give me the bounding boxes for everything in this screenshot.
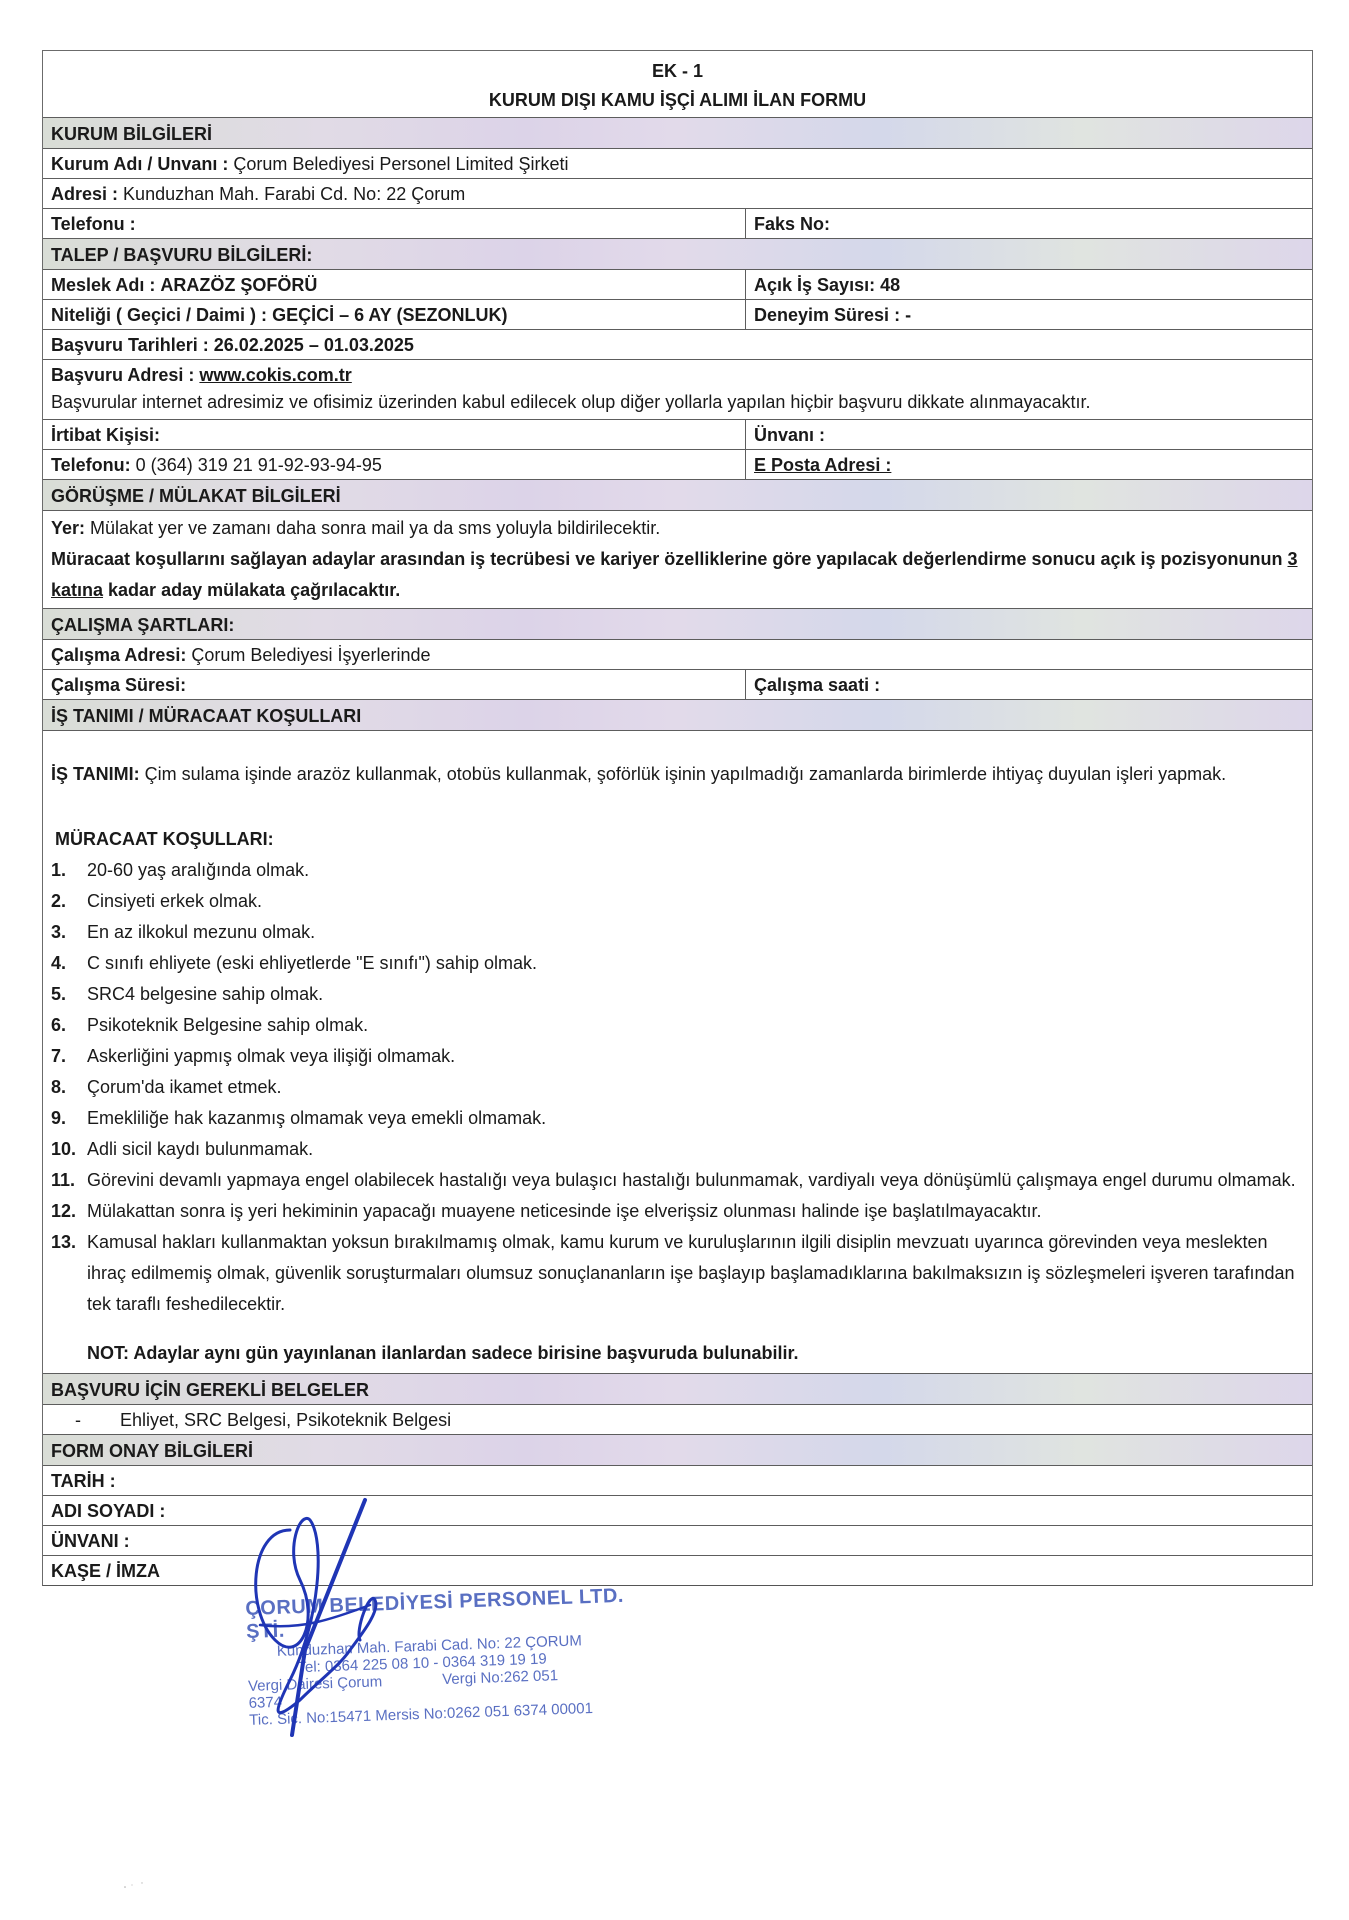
annex-label: EK - 1 [43, 57, 1312, 86]
section-title: BAŞVURU İÇİN GEREKLİ BELGELER [43, 1374, 1312, 1404]
condition-text: SRC4 belgesine sahip olmak. [87, 979, 1304, 1010]
nature-label: Niteliği ( Geçici / Daimi ) : [51, 305, 267, 325]
experience-label: Deneyim Süresi : [754, 305, 900, 325]
approval-name-label: ADI SOYADI : [43, 1496, 1312, 1525]
documents-list: Ehliyet, SRC Belgesi, Psikoteknik Belges… [120, 1410, 451, 1430]
condition-text: Kamusal hakları kullanmaktan yoksun bıra… [87, 1227, 1304, 1320]
form-title: KURUM DIŞI KAMU İŞÇİ ALIMI İLAN FORMU [43, 86, 1312, 115]
condition-number: 13. [51, 1227, 87, 1320]
occupation-value: ARAZÖZ ŞOFÖRÜ [160, 275, 317, 295]
condition-text: Cinsiyeti erkek olmak. [87, 886, 1304, 917]
application-address-row: Başvuru Adresi : www.cokis.com.tr Başvur… [43, 359, 1312, 419]
occupation-label: Meslek Adı : [51, 275, 155, 295]
institution-address-row: Adresi : Kunduzhan Mah. Farabi Cd. No: 2… [43, 178, 1312, 208]
section-title: TALEP / BAŞVURU BİLGİLERİ: [43, 239, 1312, 269]
form-header: EK - 1 KURUM DIŞI KAMU İŞÇİ ALIMI İLAN F… [43, 51, 1312, 117]
contact-phone-label: Telefonu: [51, 455, 131, 475]
interview-selection-text: Müracaat koşullarını sağlayan adaylar ar… [51, 544, 1304, 606]
work-address-value: Çorum Belediyesi İşyerlerinde [191, 645, 430, 665]
contact-person-label: İrtibat Kişisi: [51, 425, 160, 445]
condition-text: Emekliliğe hak kazanmış olmamak veya eme… [87, 1103, 1304, 1134]
experience-value: - [905, 305, 911, 325]
job-description: İŞ TANIMI: Çim sulama işinde arazöz kull… [51, 759, 1304, 790]
institution-phone-label: Telefonu : [51, 214, 136, 234]
openings-label: Açık İş Sayısı: [754, 275, 875, 295]
condition-item: 10.Adli sicil kaydı bulunmamak. [51, 1134, 1304, 1165]
condition-number: 3. [51, 917, 87, 948]
conditions-title: MÜRACAAT KOŞULLARI: [55, 824, 1304, 855]
company-stamp: ÇORUM BELEDİYESİ PERSONEL LTD. ŞTİ. Kund… [245, 1584, 649, 1729]
section-title: KURUM BİLGİLERİ [43, 118, 1312, 148]
approval-title-row: ÜNVANI : [43, 1525, 1312, 1555]
section-title: ÇALIŞMA ŞARTLARI: [43, 609, 1312, 639]
condition-number: 6. [51, 1010, 87, 1041]
approval-title-label: ÜNVANI : [43, 1526, 1312, 1555]
institution-name-label: Kurum Adı / Unvanı : [51, 154, 228, 174]
section-application: TALEP / BAŞVURU BİLGİLERİ: [43, 238, 1312, 269]
work-address-label: Çalışma Adresi: [51, 645, 186, 665]
condition-item: 11.Görevini devamlı yapmaya engel olabil… [51, 1165, 1304, 1196]
institution-fax-label: Faks No: [754, 214, 830, 234]
job-description-label: İŞ TANIMI: [51, 764, 140, 784]
condition-item: 4.C sınıfı ehliyete (eski ehliyetlerde "… [51, 948, 1304, 979]
job-posting-form: EK - 1 KURUM DIŞI KAMU İŞÇİ ALIMI İLAN F… [42, 50, 1313, 1586]
conditions-list: 1.20-60 yaş aralığında olmak.2.Cinsiyeti… [51, 855, 1304, 1320]
contact-phone-row: Telefonu: 0 (364) 319 21 91-92-93-94-95 … [43, 449, 1312, 479]
condition-item: 1.20-60 yaş aralığında olmak. [51, 855, 1304, 886]
application-address-label: Başvuru Adresi : [51, 365, 194, 385]
stamp-company-name: ÇORUM BELEDİYESİ PERSONEL LTD. ŞTİ. [245, 1584, 646, 1644]
condition-text: Mülakattan sonra iş yeri hekiminin yapac… [87, 1196, 1304, 1227]
work-address-row: Çalışma Adresi: Çorum Belediyesi İşyerle… [43, 639, 1312, 669]
section-interview: GÖRÜŞME / MÜLAKAT BİLGİLERİ [43, 479, 1312, 510]
institution-phone-fax-row: Telefonu : Faks No: [43, 208, 1312, 238]
job-details-row: İŞ TANIMI: Çim sulama işinde arazöz kull… [43, 730, 1312, 1373]
section-working-conditions: ÇALIŞMA ŞARTLARI: [43, 608, 1312, 639]
condition-number: 10. [51, 1134, 87, 1165]
condition-text: Çorum'da ikamet etmek. [87, 1072, 1304, 1103]
section-documents: BAŞVURU İÇİN GEREKLİ BELGELER [43, 1373, 1312, 1404]
work-duration-row: Çalışma Süresi: Çalışma saati : [43, 669, 1312, 699]
condition-item: 6.Psikoteknik Belgesine sahip olmak. [51, 1010, 1304, 1041]
condition-item: 2.Cinsiyeti erkek olmak. [51, 886, 1304, 917]
institution-address-label: Adresi : [51, 184, 118, 204]
condition-text: Görevini devamlı yapmaya engel olabilece… [87, 1165, 1304, 1196]
section-title: İŞ TANIMI / MÜRACAAT KOŞULLARI [43, 700, 1312, 730]
application-notice: Başvurular internet adresimiz ve ofisimi… [51, 389, 1304, 416]
contact-title-label: Ünvanı : [754, 425, 825, 445]
application-website-link[interactable]: www.cokis.com.tr [199, 365, 351, 385]
condition-number: 12. [51, 1196, 87, 1227]
institution-name-row: Kurum Adı / Unvanı : Çorum Belediyesi Pe… [43, 148, 1312, 178]
work-hours-label: Çalışma saati : [754, 675, 880, 695]
condition-number: 4. [51, 948, 87, 979]
section-institution: KURUM BİLGİLERİ [43, 117, 1312, 148]
note: NOT: Adaylar aynı gün yayınlanan ilanlar… [51, 1338, 1304, 1369]
scan-artifact [120, 1880, 160, 1890]
occupation-row: Meslek Adı : ARAZÖZ ŞOFÖRÜ Açık İş Sayıs… [43, 269, 1312, 299]
condition-item: 3.En az ilkokul mezunu olmak. [51, 917, 1304, 948]
application-dates-value: 26.02.2025 – 01.03.2025 [214, 335, 414, 355]
condition-text: 20-60 yaş aralığında olmak. [87, 855, 1304, 886]
condition-number: 1. [51, 855, 87, 886]
condition-text: C sınıfı ehliyete (eski ehliyetlerde "E … [87, 948, 1304, 979]
interview-place-label: Yer: [51, 518, 85, 538]
section-approval: FORM ONAY BİLGİLERİ [43, 1434, 1312, 1465]
approval-date-row: TARİH : [43, 1465, 1312, 1495]
approval-date-label: TARİH : [43, 1466, 1312, 1495]
condition-number: 9. [51, 1103, 87, 1134]
approval-seal-label: KAŞE / İMZA [43, 1556, 1312, 1585]
contact-row: İrtibat Kişisi: Ünvanı : [43, 419, 1312, 449]
section-title: GÖRÜŞME / MÜLAKAT BİLGİLERİ [43, 480, 1312, 510]
nature-value: GEÇİCİ – 6 AY (SEZONLUK) [272, 305, 507, 325]
condition-item: 9.Emekliliğe hak kazanmış olmamak veya e… [51, 1103, 1304, 1134]
job-description-value: Çim sulama işinde arazöz kullanmak, otob… [145, 764, 1226, 784]
stamp-tax-office: Vergi Dairesi Çorum [248, 1673, 383, 1695]
condition-text: En az ilkokul mezunu olmak. [87, 917, 1304, 948]
condition-item: 5.SRC4 belgesine sahip olmak. [51, 979, 1304, 1010]
condition-item: 8.Çorum'da ikamet etmek. [51, 1072, 1304, 1103]
work-duration-label: Çalışma Süresi: [51, 675, 186, 695]
condition-number: 5. [51, 979, 87, 1010]
institution-address-value: Kunduzhan Mah. Farabi Cd. No: 22 Çorum [123, 184, 465, 204]
section-title: FORM ONAY BİLGİLERİ [43, 1435, 1312, 1465]
application-dates-label: Başvuru Tarihleri : [51, 335, 209, 355]
documents-row: - Ehliyet, SRC Belgesi, Psikoteknik Belg… [43, 1404, 1312, 1434]
nature-row: Niteliği ( Geçici / Daimi ) : GEÇİCİ – 6… [43, 299, 1312, 329]
stamp-phone: Tel: 0364 225 08 10 - 0364 319 19 19 [297, 1647, 647, 1676]
openings-value: 48 [880, 275, 900, 295]
condition-text: Psikoteknik Belgesine sahip olmak. [87, 1010, 1304, 1041]
stamp-address: Kunduzhan Mah. Farabi Cad. No: 22 ÇORUM [277, 1630, 647, 1660]
institution-name-value: Çorum Belediyesi Personel Limited Şirket… [233, 154, 568, 174]
approval-seal-row: KAŞE / İMZA [43, 1555, 1312, 1585]
approval-name-row: ADI SOYADI : [43, 1495, 1312, 1525]
application-dates-row: Başvuru Tarihleri : 26.02.2025 – 01.03.2… [43, 329, 1312, 359]
condition-text: Askerliğini yapmış olmak veya ilişiği ol… [87, 1041, 1304, 1072]
interview-info-row: Yer: Mülakat yer ve zamanı daha sonra ma… [43, 510, 1312, 608]
condition-item: 12.Mülakattan sonra iş yeri hekiminin ya… [51, 1196, 1304, 1227]
condition-text: Adli sicil kaydı bulunmamak. [87, 1134, 1304, 1165]
condition-item: 7.Askerliğini yapmış olmak veya ilişiği … [51, 1041, 1304, 1072]
stamp-tax-number: Vergi No:262 051 6374 [248, 1667, 558, 1712]
condition-item: 13.Kamusal hakları kullanmaktan yoksun b… [51, 1227, 1304, 1320]
section-job: İŞ TANIMI / MÜRACAAT KOŞULLARI [43, 699, 1312, 730]
condition-number: 11. [51, 1165, 87, 1196]
contact-phone-value: 0 (364) 319 21 91-92-93-94-95 [136, 455, 382, 475]
email-label: E Posta Adresi : [754, 455, 891, 475]
condition-number: 8. [51, 1072, 87, 1103]
condition-number: 7. [51, 1041, 87, 1072]
interview-place-value: Mülakat yer ve zamanı daha sonra mail ya… [90, 518, 660, 538]
condition-number: 2. [51, 886, 87, 917]
stamp-registry: Tic. Sic. No:15471 Mersis No:0262 051 63… [249, 1698, 649, 1729]
bullet-dash: - [75, 1407, 115, 1434]
